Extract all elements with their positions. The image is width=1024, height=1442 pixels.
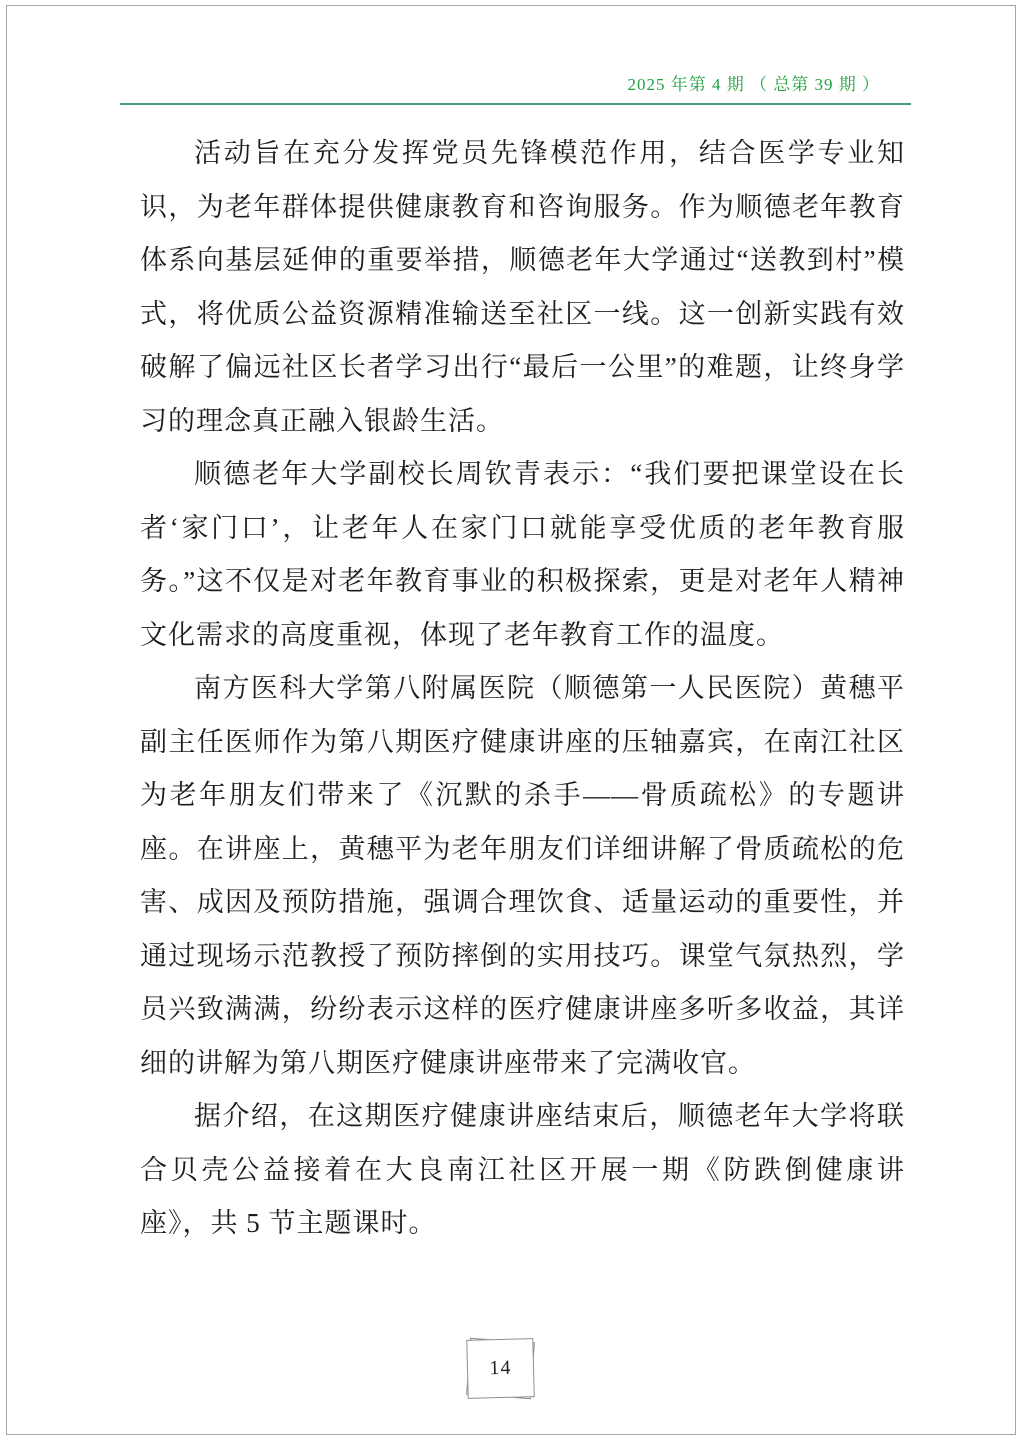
paragraph-lecture-detail: 南方医科大学第八附属医院（顺德第一人民医院）黄穗平副主任医师作为第八期医疗健康讲… — [140, 662, 905, 1090]
header-divider-rule — [120, 103, 911, 105]
issue-header: 2025 年第 4 期 （ 总第 39 期 ） — [628, 70, 881, 95]
page-number-box: 14 — [467, 1339, 534, 1398]
page-number: 14 — [489, 1357, 512, 1381]
document-page: 2025 年第 4 期 （ 总第 39 期 ） 活动旨在充分发挥党员先锋模范作用… — [0, 0, 1024, 1442]
paragraph-activity-purpose: 活动旨在充分发挥党员先锋模范作用，结合医学专业知识，为老年群体提供健康教育和咨询… — [140, 127, 905, 448]
article-body: 活动旨在充分发挥党员先锋模范作用，结合医学专业知识，为老年群体提供健康教育和咨询… — [140, 127, 905, 1251]
paragraph-vice-principal-quote: 顺德老年大学副校长周钦青表示：“我们要把课堂设在长者‘家门口’，让老年人在家门口… — [140, 448, 905, 662]
paragraph-next-plan: 据介绍，在这期医疗健康讲座结束后，顺德老年大学将联合贝壳公益接着在大良南江社区开… — [140, 1090, 905, 1251]
page-number-front-frame: 14 — [466, 1338, 535, 1399]
